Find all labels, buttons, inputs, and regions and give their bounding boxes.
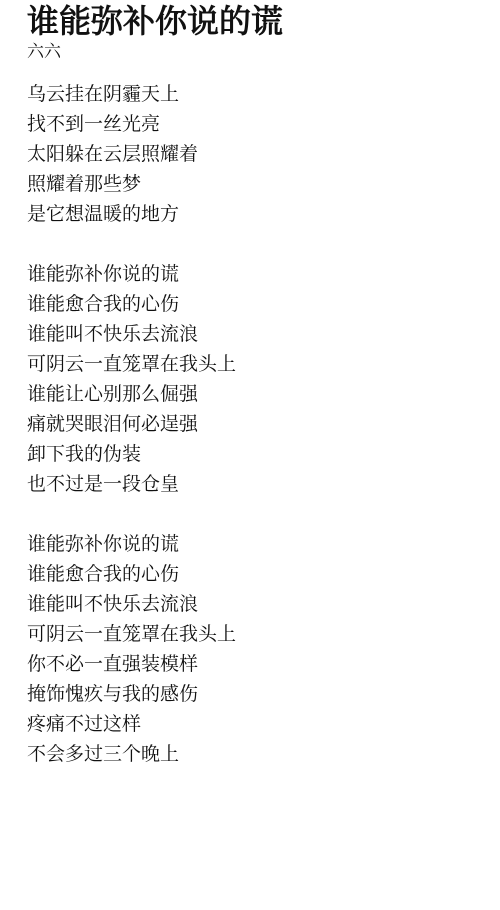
lyric-line: 可阴云一直笼罩在我头上	[27, 350, 480, 380]
lyric-line: 谁能让心别那么倔强	[27, 380, 480, 410]
lyric-line: 痛就哭眼泪何必逞强	[27, 410, 480, 440]
lyric-line: 照耀着那些梦	[27, 170, 480, 200]
artist-name: 六六	[27, 40, 480, 64]
lyric-line: 卸下我的伪装	[27, 440, 480, 470]
lyric-line: 谁能弥补你说的谎	[27, 260, 480, 290]
stanza-break	[27, 230, 480, 260]
lyric-line: 疼痛不过这样	[27, 710, 480, 740]
lyric-line: 你不必一直强装模样	[27, 650, 480, 680]
lyric-line: 谁能愈合我的心伤	[27, 560, 480, 590]
lyric-line: 谁能愈合我的心伤	[27, 290, 480, 320]
lyric-line: 谁能叫不快乐去流浪	[27, 320, 480, 350]
lyric-line: 太阳躲在云层照耀着	[27, 140, 480, 170]
lyric-line: 谁能弥补你说的谎	[27, 530, 480, 560]
lyric-line: 找不到一丝光亮	[27, 110, 480, 140]
page-title: 谁能弥补你说的谎	[27, 2, 480, 40]
lyrics-page: { "page": { "title": "谁能弥补你说的谎", "artist…	[0, 0, 500, 910]
lyrics: 乌云挂在阴霾天上找不到一丝光亮太阳躲在云层照耀着照耀着那些梦是它想温暖的地方谁能…	[27, 80, 480, 770]
page-container: 谁能弥补你说的谎 六六 乌云挂在阴霾天上找不到一丝光亮太阳躲在云层照耀着照耀着那…	[0, 0, 500, 770]
stanza-break	[27, 500, 480, 530]
lyric-line: 可阴云一直笼罩在我头上	[27, 620, 480, 650]
lyric-line: 也不过是一段仓皇	[27, 470, 480, 500]
lyric-line: 掩饰愧疚与我的感伤	[27, 680, 480, 710]
lyric-line: 是它想温暖的地方	[27, 200, 480, 230]
lyric-line: 乌云挂在阴霾天上	[27, 80, 480, 110]
lyric-line: 谁能叫不快乐去流浪	[27, 590, 480, 620]
lyric-line: 不会多过三个晚上	[27, 740, 480, 770]
